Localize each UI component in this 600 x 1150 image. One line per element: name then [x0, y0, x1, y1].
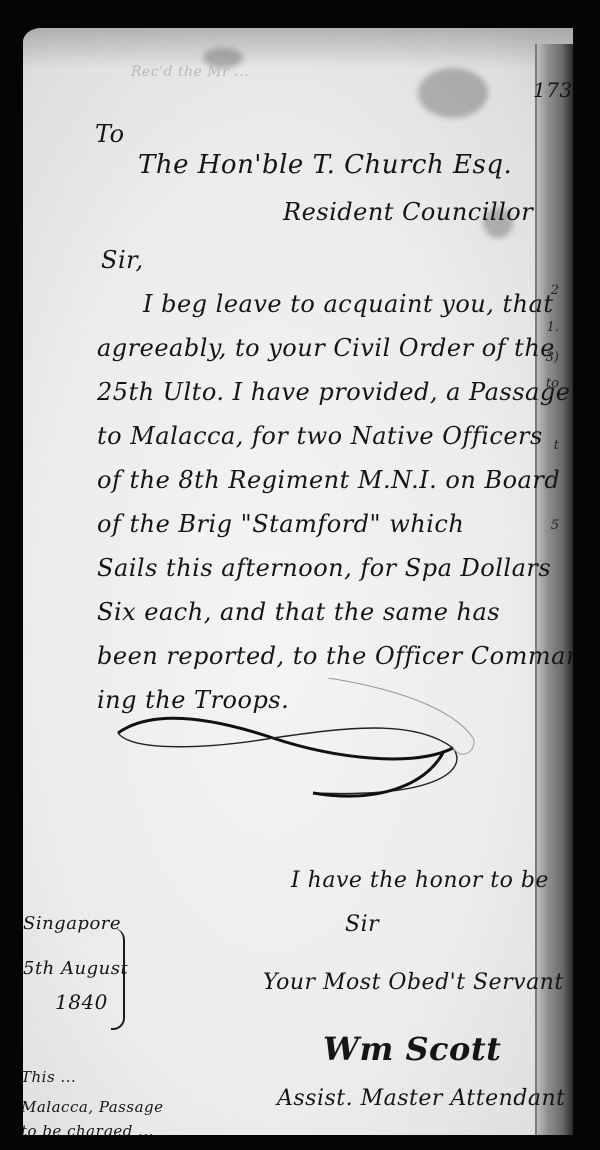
body-line: 25th Ulto. I have provided, a Passage [97, 378, 570, 406]
binding-mark: t [554, 438, 559, 453]
body-line: to Malacca, for two Native Officers [97, 422, 543, 450]
body-line: Sails this afternoon, for Spa Dollars [97, 554, 551, 582]
body-line: I beg leave to acquaint you, that [143, 290, 554, 318]
body-line: of the 8th Regiment M.N.I. on Board [97, 466, 560, 494]
margin-note: Malacca, Passage [23, 1098, 164, 1116]
addressee-title: Resident Councillor [283, 198, 533, 226]
manuscript-page: Rec'd the Mr ... 173. To The Hon'ble T. … [23, 28, 573, 1135]
greeting: Sir, [101, 246, 144, 274]
signer-title: Assist. Master Attendant [277, 1086, 566, 1111]
salutation-to: To [95, 120, 125, 148]
body-line: been reported, to the Officer Command- [97, 642, 573, 670]
closing-servant: Your Most Obed't Servant [263, 970, 564, 995]
page-number: 173. [533, 78, 573, 102]
margin-note: This ... [23, 1068, 76, 1086]
margin-note: to be charged ... [23, 1122, 154, 1135]
closing-sir: Sir [345, 912, 379, 937]
ornamental-flourish [113, 678, 513, 818]
binding-mark: 1. [547, 320, 559, 335]
body-line: Six each, and that the same has [97, 598, 500, 626]
margin-place: Singapore [23, 913, 121, 934]
ink-stain [418, 68, 488, 118]
binding-mark: 2 [551, 283, 559, 298]
binding-mark: to [546, 376, 559, 391]
signature: Wm Scott [323, 1030, 501, 1068]
closing-line: I have the honor to be [291, 868, 549, 893]
binding-mark: 3) [546, 350, 559, 365]
faint-header-note: Rec'd the Mr ... [131, 64, 249, 80]
date-brace [111, 928, 125, 1030]
addressee: The Hon'ble T. Church Esq. [138, 150, 512, 180]
binding-mark: 5 [551, 518, 559, 533]
body-line: of the Brig "Stamford" which [97, 510, 464, 538]
body-line: agreeably, to your Civil Order of the [97, 334, 555, 362]
margin-year: 1840 [55, 990, 108, 1014]
